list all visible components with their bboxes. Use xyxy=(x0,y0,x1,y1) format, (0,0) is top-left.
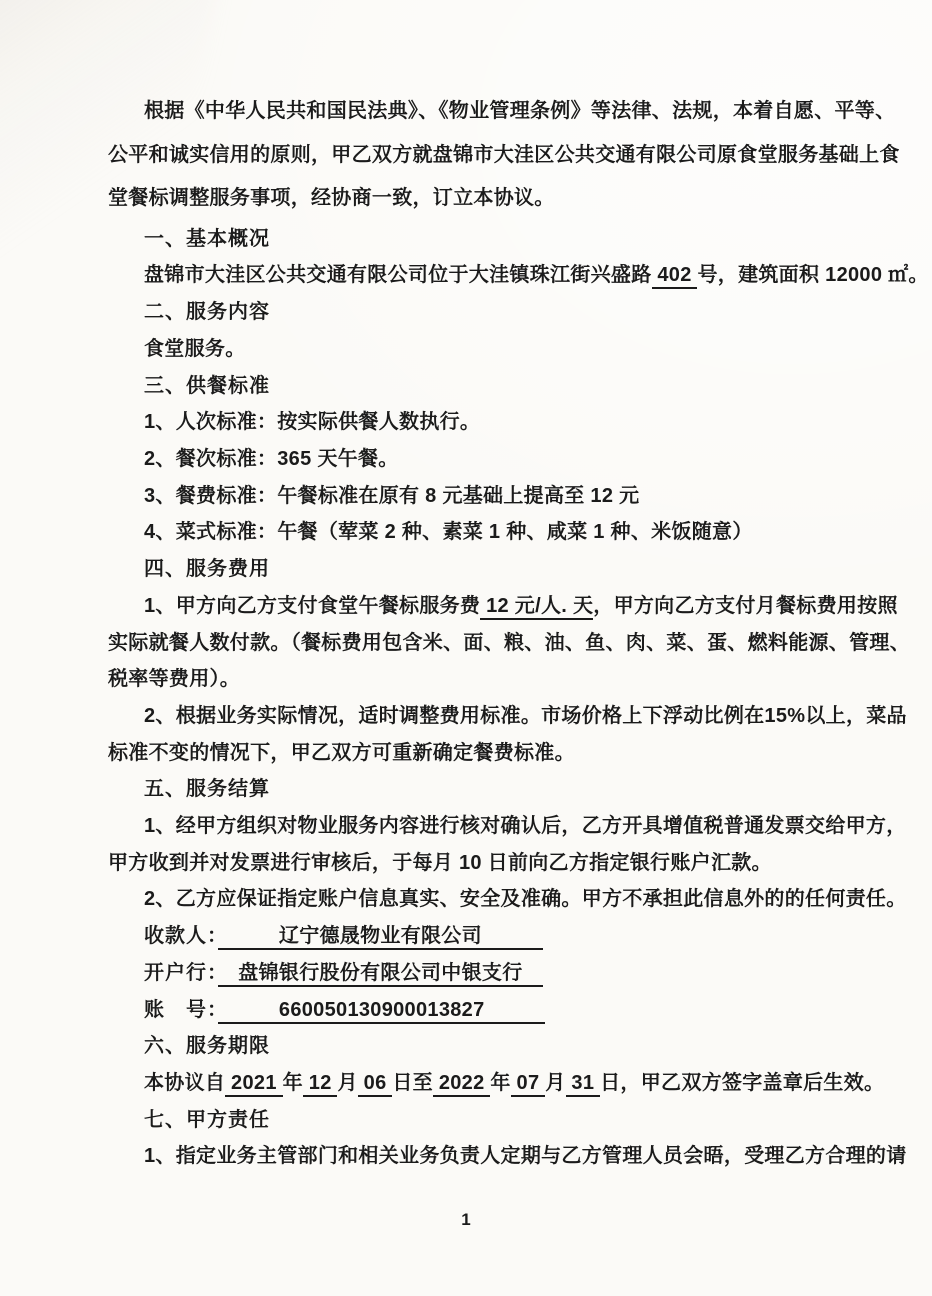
text-run: 盘锦市大洼区公共交通有限公司位于大洼镇珠江街兴盛路 xyxy=(144,264,652,286)
paragraph-line: 实际就餐人数付款。（餐标费用包含米、面、粮、油、鱼、肉、菜、蛋、燃料能源、管理、 xyxy=(108,625,910,662)
form-field-line: 账 号： 660050130900013827 xyxy=(108,992,910,1029)
text-run: 七、甲方责任 xyxy=(144,1109,270,1131)
text-run: 2、乙方应保证指定账户信息真实、安全及准确。甲方不承担此信息外的的任何责任。 xyxy=(144,888,907,910)
scanned-contract-page: 根据《中华人民共和国民法典》、《物业管理条例》等法律、法规，本着自愿、平等、公平… xyxy=(0,0,932,1296)
text-run: 日至 xyxy=(392,1072,433,1094)
text-run: 月 xyxy=(337,1072,357,1094)
text-run: 号，建筑面积 12000 ㎡。 xyxy=(697,264,928,286)
document-body: 根据《中华人民共和国民法典》、《物业管理条例》等法律、法规，本着自愿、平等、公平… xyxy=(108,90,910,1175)
text-run: 五、服务结算 xyxy=(144,778,270,800)
paragraph-line: 甲方收到并对发票进行审核后，于每月 10 日前向乙方指定银行账户汇款。 xyxy=(108,845,910,882)
filled-blank-value: 2022 xyxy=(433,1072,490,1097)
section-heading: 一、基本概况 xyxy=(108,221,910,258)
text-run: 二、服务内容 xyxy=(144,301,270,323)
text-run: 一、基本概况 xyxy=(144,228,270,250)
form-field-line: 收款人： 辽宁德晟物业有限公司 xyxy=(108,918,910,955)
paragraph-line: 2、乙方应保证指定账户信息真实、安全及准确。甲方不承担此信息外的的任何责任。 xyxy=(108,881,910,918)
section-heading: 六、服务期限 xyxy=(108,1028,910,1065)
paragraph-line: 1、经甲方组织对物业服务内容进行核对确认后，乙方开具增值税普通发票交给甲方， xyxy=(108,808,910,845)
filled-blank-value: 06 xyxy=(358,1072,393,1097)
filled-blank-value: 2021 xyxy=(225,1072,282,1097)
section-heading: 三、供餐标准 xyxy=(108,368,910,405)
text-run: 月 xyxy=(545,1072,565,1094)
section-heading: 七、甲方责任 xyxy=(108,1102,910,1139)
text-run: 三、供餐标准 xyxy=(144,375,270,397)
page-number: 1 xyxy=(0,1210,932,1230)
paragraph-line: 公平和诚实信用的原则，甲乙双方就盘锦市大洼区公共交通有限公司原食堂服务基础上食 xyxy=(108,134,910,178)
text-run: 2、餐次标准：365 天午餐。 xyxy=(144,448,399,470)
text-run: 根据《中华人民共和国民法典》、《物业管理条例》等法律、法规，本着自愿、平等、 xyxy=(144,100,895,122)
paragraph-line: 本协议自 2021 年 12 月 06 日至 2022 年 07 月 31 日，… xyxy=(108,1065,910,1102)
paragraph-line: 根据《中华人民共和国民法典》、《物业管理条例》等法律、法规，本着自愿、平等、 xyxy=(108,90,910,134)
filled-blank-value: 盘锦银行股份有限公司中银支行 xyxy=(218,962,543,987)
section-heading: 二、服务内容 xyxy=(108,294,910,331)
text-run: 实际就餐人数付款。（餐标费用包含米、面、粮、油、鱼、肉、菜、蛋、燃料能源、管理、 xyxy=(108,632,910,654)
text-run: 3、餐费标准：午餐标准在原有 8 元基础上提高至 12 元 xyxy=(144,485,639,507)
filled-blank-value: 402 xyxy=(652,264,698,289)
text-run: 年 xyxy=(283,1072,303,1094)
paragraph-line: 3、餐费标准：午餐标准在原有 8 元基础上提高至 12 元 xyxy=(108,478,910,515)
field-label: 开户行： xyxy=(144,962,218,984)
text-run: 本协议自 xyxy=(144,1072,225,1094)
paragraph-line: 税率等费用）。 xyxy=(108,661,910,698)
paragraph-line: 食堂服务。 xyxy=(108,331,910,368)
section-heading: 四、服务费用 xyxy=(108,551,910,588)
paragraph-line: 盘锦市大洼区公共交通有限公司位于大洼镇珠江街兴盛路 402 号，建筑面积 120… xyxy=(108,257,910,294)
text-run: 年 xyxy=(490,1072,510,1094)
text-run: 4、菜式标准：午餐（荤菜 2 种、素菜 1 种、咸菜 1 种、米饭随意） xyxy=(144,521,753,543)
section-heading: 五、服务结算 xyxy=(108,771,910,808)
paragraph-line: 1、人次标准：按实际供餐人数执行。 xyxy=(108,404,910,441)
filled-blank-value: 31 xyxy=(566,1072,601,1097)
paragraph-line: 1、指定业务主管部门和相关业务负责人定期与乙方管理人员会晤，受理乙方合理的请 xyxy=(108,1138,910,1175)
paragraph-line: 1、甲方向乙方支付食堂午餐标服务费 12 元/人. 天，甲方向乙方支付月餐标费用… xyxy=(108,588,910,625)
text-run: 1、甲方向乙方支付食堂午餐标服务费 xyxy=(144,595,480,617)
text-run: 标准不变的情况下，甲乙双方可重新确定餐费标准。 xyxy=(108,742,575,764)
text-run: 甲方收到并对发票进行审核后，于每月 10 日前向乙方指定银行账户汇款。 xyxy=(108,852,772,874)
text-run: 日，甲乙双方签字盖章后生效。 xyxy=(600,1072,884,1094)
text-run: 四、服务费用 xyxy=(144,558,270,580)
filled-blank-value: 12 元/人. 天 xyxy=(480,595,593,620)
text-run: 食堂服务。 xyxy=(144,338,246,360)
filled-blank-value: 12 xyxy=(303,1072,338,1097)
paragraph-line: 标准不变的情况下，甲乙双方可重新确定餐费标准。 xyxy=(108,735,910,772)
paragraph-line: 堂餐标调整服务事项，经协商一致，订立本协议。 xyxy=(108,177,910,221)
text-run: 2、根据业务实际情况，适时调整费用标准。市场价格上下浮动比例在15%以上，菜品 xyxy=(144,705,907,727)
text-run: 堂餐标调整服务事项，经协商一致，订立本协议。 xyxy=(108,187,555,209)
paragraph-line: 2、餐次标准：365 天午餐。 xyxy=(108,441,910,478)
filled-blank-value: 07 xyxy=(511,1072,546,1097)
filled-blank-value: 660050130900013827 xyxy=(218,999,545,1024)
text-run: 1、指定业务主管部门和相关业务负责人定期与乙方管理人员会晤，受理乙方合理的请 xyxy=(144,1145,907,1167)
paragraph-line: 4、菜式标准：午餐（荤菜 2 种、素菜 1 种、咸菜 1 种、米饭随意） xyxy=(108,514,910,551)
field-label: 账 号： xyxy=(144,999,218,1021)
paragraph-line: 2、根据业务实际情况，适时调整费用标准。市场价格上下浮动比例在15%以上，菜品 xyxy=(108,698,910,735)
text-run: 税率等费用）。 xyxy=(108,668,240,690)
text-run: 1、经甲方组织对物业服务内容进行核对确认后，乙方开具增值税普通发票交给甲方， xyxy=(144,815,907,837)
field-label: 收款人： xyxy=(144,925,218,947)
text-run: ，甲方向乙方支付月餐标费用按照 xyxy=(593,595,898,617)
text-run: 1、人次标准：按实际供餐人数执行。 xyxy=(144,411,480,433)
text-run: 公平和诚实信用的原则，甲乙双方就盘锦市大洼区公共交通有限公司原食堂服务基础上食 xyxy=(108,144,900,166)
filled-blank-value: 辽宁德晟物业有限公司 xyxy=(218,925,543,950)
text-run: 六、服务期限 xyxy=(144,1035,270,1057)
form-field-line: 开户行： 盘锦银行股份有限公司中银支行 xyxy=(108,955,910,992)
